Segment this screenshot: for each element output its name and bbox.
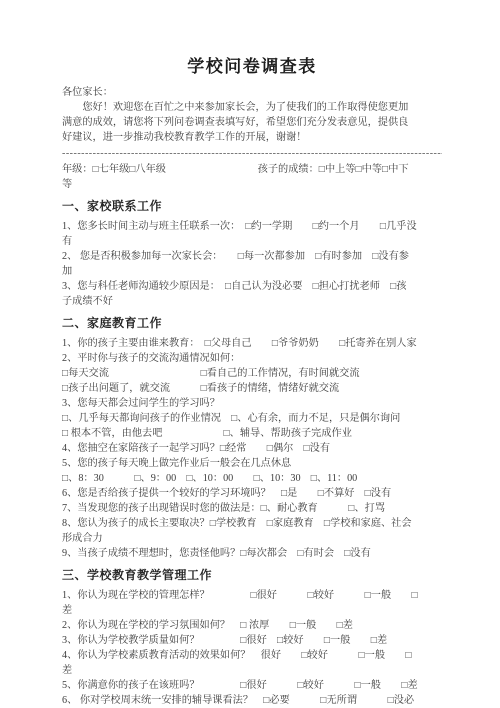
section-heading-home-school-contact: 一、家校联系工作 (62, 199, 442, 214)
question-school-management: 1、你认为现在学校的管理怎样？ □很好 □较好 □一般 □ 差 (62, 588, 442, 618)
question-quality-education-effect: 4、你认为学校素质教育活动的效果如何？ 很好 □较好 □一般 □ 差 (62, 648, 442, 678)
question-satisfied-with-class: 5、你满意你的孩子在该班吗？ □很好 □较好 □一般 □差 (62, 678, 442, 693)
question-blame-for-bad-grades: 9、当孩子成绩不理想时，您责怪他吗？□每次都会 □有时会 □没有 (62, 546, 442, 561)
question-study-atmosphere: 2、你认为现在学校的学习氛围如何？ □ 浓厚 □一般 □差 (62, 618, 442, 633)
question-who-educates-child: 1、你的孩子主要由谁来教育： □父母自己 □爷爷奶奶 □托寄养在别人家 (62, 336, 442, 351)
question-weekend-tutoring-opinion: 6、 你对学校周末统一安排的辅导课看法？ □必要 □无所谓 □没必 (62, 693, 442, 708)
question-study-together: 4、您抽空在家陪孩子一起学习吗？□经常 □偶尔 □没有 (62, 441, 442, 456)
intro-paragraph: 您好！欢迎您在百忙之中来参加家长会，为了使我们的工作取得使您更加 满意的成效，请… (62, 100, 442, 145)
divider-line: ----------------------------------------… (62, 147, 442, 160)
section-heading-family-education: 二、家庭教育工作 (62, 316, 442, 331)
salutation: 各位家长： (62, 85, 442, 100)
question-reaction-to-mistakes: 7、当发现您的孩子出现错误时您的做法是：□、耐心教育 □、打骂 (62, 501, 442, 516)
question-parent-meeting-attendance: 2、 您是否积极参加每一次家长会： □每一次都参加 □有时参加 □没有参 加 (62, 249, 442, 279)
grade-and-score-line: 年级：□七年级□八年级 孩子的成绩：□中上等□中等□中下 等 (62, 162, 442, 192)
question-teacher-communication-reason: 3、您与科任老师沟通较少原因是： □自己认为没必要 □担心打扰老师 □孩 子成绩… (62, 279, 442, 309)
page-title: 学校问卷调查表 (62, 52, 442, 77)
question-study-environment: 6、您是否给孩子提供一个较好的学习环境吗？ □是 □不算好 □没有 (62, 486, 442, 501)
question-bedtime-after-homework: 5、您的孩子每天晚上做完作业后一般会在几点休息 □、8：30 □、9：00 □、… (62, 456, 442, 486)
question-contact-frequency: 1、您多长时间主动与班主任联系一次： □约一学期 □约一个月 □几乎没 有 (62, 219, 442, 249)
question-ask-about-study: 3、您每天都会过问学生的学习吗？ □、几乎每天都询问孩子的作业情况 □、心有余，… (62, 396, 442, 441)
question-communication-with-child: 2、平时你与孩子的交流沟通情况如何： □每天交流 □看自己的工作情况，有时间就交… (62, 351, 442, 396)
question-growth-depends-on: 8、您认为孩子的成长主要取决？□学校教育 □家庭教育 □学校和家庭、社会 形成合… (62, 516, 442, 546)
question-teaching-quality: 3、你认为学校教学质量如何？ □很好 □较好 □一般 □差 (62, 633, 442, 648)
questionnaire-page: 学校问卷调查表 各位家长： 您好！欢迎您在百忙之中来参加家长会，为了使我们的工作… (0, 0, 500, 708)
section-heading-school-management: 三、学校教育教学管理工作 (62, 568, 442, 583)
